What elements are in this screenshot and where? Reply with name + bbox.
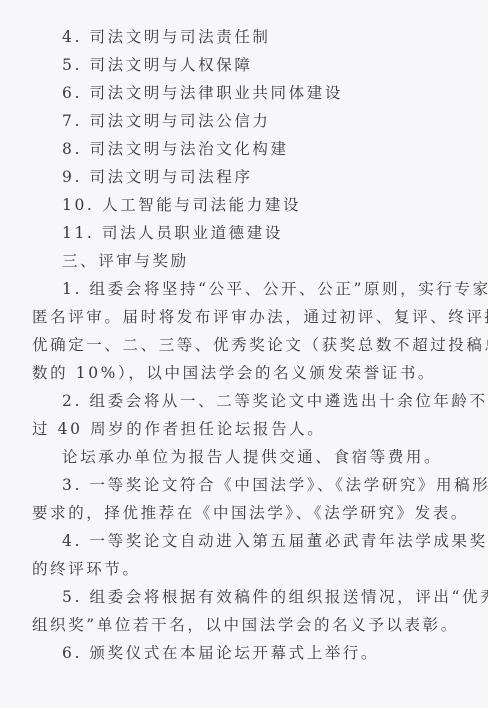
topic-item: 6. 司法文明与法律职业共同体建设 bbox=[62, 79, 486, 107]
paragraph-line: 数的 10%），以中国法学会的名义颁发荣誉证书。 bbox=[32, 359, 456, 387]
topic-item: 8. 司法文明与法治文化构建 bbox=[62, 135, 486, 163]
paragraph-line: 1. 组委会将坚持“公平、公开、公正”原则，实行专家 bbox=[62, 275, 452, 303]
paragraph-line: 要求的，择优推荐在《中国法学》、《法学研究》发表。 bbox=[32, 499, 456, 527]
document-page: 4. 司法文明与司法责任制 5. 司法文明与人权保障 6. 司法文明与法律职业共… bbox=[0, 0, 488, 708]
paragraph-line: 4. 一等奖论文自动进入第五届董必武青年法学成果奖 bbox=[62, 527, 452, 555]
topic-item: 9. 司法文明与司法程序 bbox=[62, 163, 486, 191]
topic-item: 11. 司法人员职业道德建设 bbox=[62, 219, 486, 247]
paragraph-line: 3. 一等奖论文符合《中国法学》、《法学研究》用稿形式 bbox=[62, 471, 452, 499]
topic-item: 5. 司法文明与人权保障 bbox=[62, 51, 486, 79]
paragraph-line: 优确定一、二、三等、优秀奖论文（获奖总数不超过投稿总 bbox=[32, 331, 452, 359]
section-heading: 三、评审与奖励 bbox=[62, 247, 486, 275]
paragraph-line: 的终评环节。 bbox=[32, 555, 456, 583]
paragraph-line: 6. 颁奖仪式在本届论坛开幕式上举行。 bbox=[62, 639, 486, 667]
paragraph-line: 匿名评审。届时将发布评审办法，通过初评、复评、终评择 bbox=[32, 303, 452, 331]
paragraph-line: 5. 组委会将根据有效稿件的组织报送情况，评出“优秀 bbox=[62, 583, 452, 611]
topic-item: 4. 司法文明与司法责任制 bbox=[62, 23, 486, 51]
paragraph-line: 过 40 周岁的作者担任论坛报告人。 bbox=[32, 415, 456, 443]
topic-item: 10. 人工智能与司法能力建设 bbox=[62, 191, 486, 219]
topic-item: 7. 司法文明与司法公信力 bbox=[62, 107, 486, 135]
paragraph-line: 论坛承办单位为报告人提供交通、食宿等费用。 bbox=[62, 443, 486, 471]
paragraph-line: 2. 组委会将从一、二等奖论文中遴选出十余位年龄不超 bbox=[62, 387, 452, 415]
paragraph-line: 组织奖”单位若干名，以中国法学会的名义予以表彰。 bbox=[32, 611, 456, 639]
